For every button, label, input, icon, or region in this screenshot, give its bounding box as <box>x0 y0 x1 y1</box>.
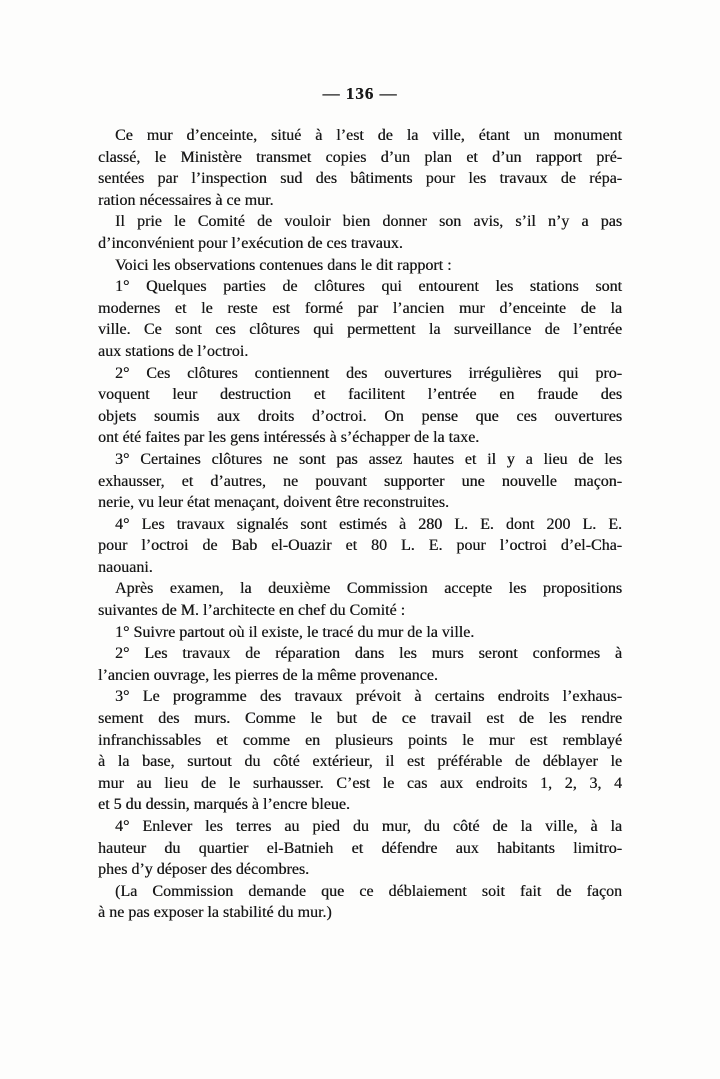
text-line: 4° Les travaux signalés sont estimés à 2… <box>98 514 622 536</box>
paragraph: 1° Quelques parties de clôtures qui ento… <box>98 276 622 362</box>
text-line: l’ancien ouvrage, les pierres de la même… <box>98 665 622 687</box>
document-page: — 136 — Ce mur d’enceinte, situé à l’est… <box>0 0 720 1079</box>
paragraph: 4° Enlever les terres au pied du mur, du… <box>98 816 622 881</box>
text-line: Après examen, la deuxième Commission acc… <box>98 578 622 600</box>
text-line: 2° Les travaux de réparation dans les mu… <box>98 643 622 665</box>
text-block: Ce mur d’enceinte, situé à l’est de la v… <box>98 125 622 924</box>
text-line: pour l’octroi de Bab el-Ouazir et 80 L. … <box>98 535 622 557</box>
text-line: mur au lieu de le surhausser. C’est le c… <box>98 773 622 795</box>
text-line: sentées par l’inspection sud des bâtimen… <box>98 168 622 190</box>
text-line: hauteur du quartier el-Batnieh et défend… <box>98 838 622 860</box>
text-line: suivantes de M. l’architecte en chef du … <box>98 600 622 622</box>
text-line: exhausser, et d’autres, ne pouvant suppo… <box>98 471 622 493</box>
text-line: sement des murs. Comme le but de ce trav… <box>98 708 622 730</box>
text-line: Ce mur d’enceinte, situé à l’est de la v… <box>98 125 622 147</box>
paragraph: 2° Les travaux de réparation dans les mu… <box>98 643 622 686</box>
paragraph: Après examen, la deuxième Commission acc… <box>98 578 622 621</box>
text-line: infranchissables et comme en plusieurs p… <box>98 730 622 752</box>
paragraph: 4° Les travaux signalés sont estimés à 2… <box>98 514 622 579</box>
text-line: modernes et le reste est formé par l’anc… <box>98 298 622 320</box>
paragraph: Il prie le Comité de vouloir bien donner… <box>98 211 622 254</box>
paragraph: Ce mur d’enceinte, situé à l’est de la v… <box>98 125 622 211</box>
text-line: 1° Quelques parties de clôtures qui ento… <box>98 276 622 298</box>
text-line: Il prie le Comité de vouloir bien donner… <box>98 211 622 233</box>
paragraph: (La Commission demande que ce déblaiemen… <box>98 881 622 924</box>
text-line: ville. Ce sont ces clôtures qui permette… <box>98 319 622 341</box>
text-line: 3° Le programme des travaux prévoit à ce… <box>98 686 622 708</box>
text-line: classé, le Ministère transmet copies d’u… <box>98 147 622 169</box>
text-line: Voici les observations contenues dans le… <box>98 255 622 277</box>
paragraph: 2° Ces clôtures contiennent des ouvertur… <box>98 363 622 449</box>
paragraph: Voici les observations contenues dans le… <box>98 255 622 277</box>
text-line: à la base, surtout du côté extérieur, il… <box>98 751 622 773</box>
text-line: d’inconvénient pour l’exécution de ces t… <box>98 233 622 255</box>
text-line: voquent leur destruction et facilitent l… <box>98 384 622 406</box>
paragraph: 3° Le programme des travaux prévoit à ce… <box>98 686 622 816</box>
text-line: et 5 du dessin, marqués à l’encre bleue. <box>98 794 622 816</box>
text-line: phes d’y déposer des décombres. <box>98 859 622 881</box>
text-line: 4° Enlever les terres au pied du mur, du… <box>98 816 622 838</box>
paragraph: 1° Suivre partout où il existe, le tracé… <box>98 622 622 644</box>
text-line: objets soumis aux droits d’octroi. On pe… <box>98 406 622 428</box>
page-number: — 136 — <box>98 0 622 104</box>
text-line: 3° Certaines clôtures ne sont pas assez … <box>98 449 622 471</box>
text-line: 1° Suivre partout où il existe, le tracé… <box>98 622 622 644</box>
paragraph: 3° Certaines clôtures ne sont pas assez … <box>98 449 622 514</box>
text-line: aux stations de l’octroi. <box>98 341 622 363</box>
text-line: à ne pas exposer la stabilité du mur.) <box>98 902 622 924</box>
text-line: ration nécessaires à ce mur. <box>98 190 622 212</box>
text-line: nerie, vu leur état menaçant, doivent êt… <box>98 492 622 514</box>
text-line: ont été faites par les gens intéressés à… <box>98 427 622 449</box>
text-line: (La Commission demande que ce déblaiemen… <box>98 881 622 903</box>
text-line: naouani. <box>98 557 622 579</box>
text-line: 2° Ces clôtures contiennent des ouvertur… <box>98 363 622 385</box>
